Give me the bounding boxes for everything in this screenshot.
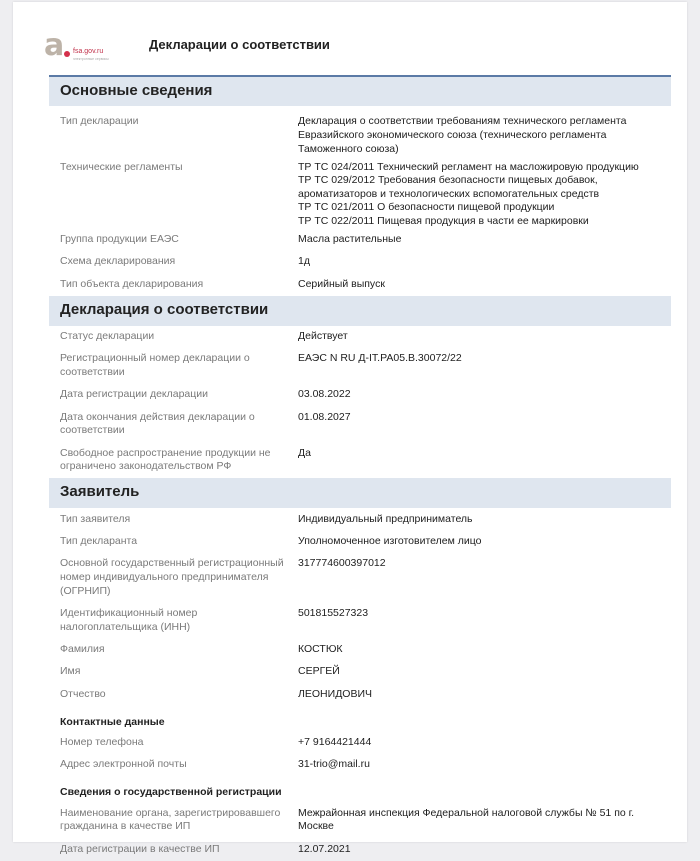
field-tech-regulations: Технические регламенты ТР ТС 024/2011 Те…	[49, 161, 671, 229]
logo-domain: fsa.gov.ru	[73, 48, 103, 55]
field-value: Декларация о соответствии требованиям те…	[298, 115, 671, 156]
subheader-registration: Сведения о государственной регистрации	[49, 776, 671, 802]
field-label: Тип заявителя	[49, 513, 298, 527]
regulation-item: ТР ТС 021/2011 О безопасности пищевой пр…	[298, 201, 661, 215]
field-object-type: Тип объекта декларирования Серийный выпу…	[49, 273, 671, 295]
field-label: Имя	[49, 665, 298, 679]
field-label: Тип объекта декларирования	[49, 278, 298, 292]
section-header-applicant: Заявитель	[49, 478, 671, 508]
field-label: Основной государственный регистрационный…	[49, 557, 298, 598]
field-declaration-type: Тип декларации Декларация о соответствии…	[49, 111, 671, 161]
field-end-date: Дата окончания действия декларации о соо…	[49, 406, 671, 442]
field-free-distribution: Свободное распространение продукции не о…	[49, 442, 671, 478]
field-value: Серийный выпуск	[298, 278, 671, 292]
regulation-item: ТР ТС 029/2012 Требования безопасности п…	[298, 174, 661, 201]
document-page: a fsa.gov.ru электронные сервисы Деклара…	[13, 2, 687, 829]
field-label: Группа продукции ЕАЭС	[49, 233, 298, 247]
field-reg-date: Дата регистрации декларации 03.08.2022	[49, 384, 671, 406]
section-header-basic: Основные сведения	[49, 75, 671, 106]
logo-subtitle: электронные сервисы	[73, 57, 109, 61]
status-value: Действует	[298, 330, 671, 344]
content: Основные сведения Тип декларации Деклара…	[49, 75, 671, 829]
field-ogrnip: Основной государственный регистрационный…	[49, 553, 671, 603]
regulation-item: ТР ТС 024/2011 Технический регламент на …	[298, 161, 661, 175]
field-label: Тип декларанта	[49, 535, 298, 549]
field-email: Адрес электронной почты 31-trio@mail.ru	[49, 754, 671, 776]
phone-value[interactable]: +7 9164421444	[298, 736, 671, 750]
field-label: Технические регламенты	[49, 161, 298, 229]
field-label: Схема декларирования	[49, 255, 298, 269]
logo-dot-icon	[64, 51, 70, 57]
field-inn: Идентификационный номер налогоплательщик…	[49, 603, 671, 639]
field-status: Статус декларации Действует	[49, 326, 671, 348]
field-value: СЕРГЕЙ	[298, 665, 671, 679]
page-header: a fsa.gov.ru электронные сервисы Деклара…	[36, 32, 636, 72]
field-label: Номер телефона	[49, 736, 298, 750]
field-label: Дата регистрации декларации	[49, 388, 298, 402]
field-value: Межрайонная инспекция Федеральной налого…	[298, 807, 671, 829]
field-value: 1д	[298, 255, 671, 269]
field-declarant-type: Тип декларанта Уполномоченное изготовите…	[49, 531, 671, 553]
field-value-list: ТР ТС 024/2011 Технический регламент на …	[298, 161, 671, 229]
field-value: 03.08.2022	[298, 388, 671, 402]
logo-a-icon: a	[44, 32, 64, 60]
field-label: Идентификационный номер налогоплательщик…	[49, 607, 298, 634]
field-label: Тип декларации	[49, 115, 298, 156]
field-value: 317774600397012	[298, 557, 671, 598]
field-label: Наименование органа, зарегистрировавшего…	[49, 807, 298, 829]
field-value: Да	[298, 447, 671, 474]
field-label: Статус декларации	[49, 330, 298, 344]
fsa-logo[interactable]: a fsa.gov.ru электронные сервисы	[44, 32, 134, 64]
field-applicant-type: Тип заявителя Индивидуальный предпринима…	[49, 508, 671, 530]
field-patronymic: Отчество ЛЕОНИДОВИЧ	[49, 683, 671, 705]
field-first-name: Имя СЕРГЕЙ	[49, 661, 671, 683]
field-value: КОСТЮК	[298, 643, 671, 657]
regulation-item: ТР ТС 022/2011 Пищевая продукция в части…	[298, 215, 661, 229]
field-surname: Фамилия КОСТЮК	[49, 639, 671, 661]
field-scheme: Схема декларирования 1д	[49, 251, 671, 273]
field-label: Регистрационный номер декларации о соотв…	[49, 352, 298, 379]
field-value: 01.08.2027	[298, 411, 671, 438]
field-label: Свободное распространение продукции не о…	[49, 447, 298, 474]
field-value: Масла растительные	[298, 233, 671, 247]
subheader-contacts: Контактные данные	[49, 706, 671, 732]
field-product-group: Группа продукции ЕАЭС Масла растительные	[49, 229, 671, 251]
field-value: Индивидуальный предприниматель	[298, 513, 671, 527]
section-header-declaration: Декларация о соответствии	[49, 296, 671, 326]
field-value: Уполномоченное изготовителем лицо	[298, 535, 671, 549]
field-label: Фамилия	[49, 643, 298, 657]
field-label: Отчество	[49, 688, 298, 702]
field-reg-number: Регистрационный номер декларации о соотв…	[49, 348, 671, 384]
field-value: ЕАЭС N RU Д-IT.РА05.В.30072/22	[298, 352, 671, 379]
field-label: Адрес электронной почты	[49, 758, 298, 772]
field-phone: Номер телефона +7 9164421444	[49, 732, 671, 754]
field-label: Дата окончания действия декларации о соо…	[49, 411, 298, 438]
page-title: Декларации о соответствии	[149, 37, 330, 52]
field-value: ЛЕОНИДОВИЧ	[298, 688, 671, 702]
field-value: 501815527323	[298, 607, 671, 634]
field-registering-authority: Наименование органа, зарегистрировавшего…	[49, 802, 671, 829]
email-value[interactable]: 31-trio@mail.ru	[298, 758, 671, 772]
